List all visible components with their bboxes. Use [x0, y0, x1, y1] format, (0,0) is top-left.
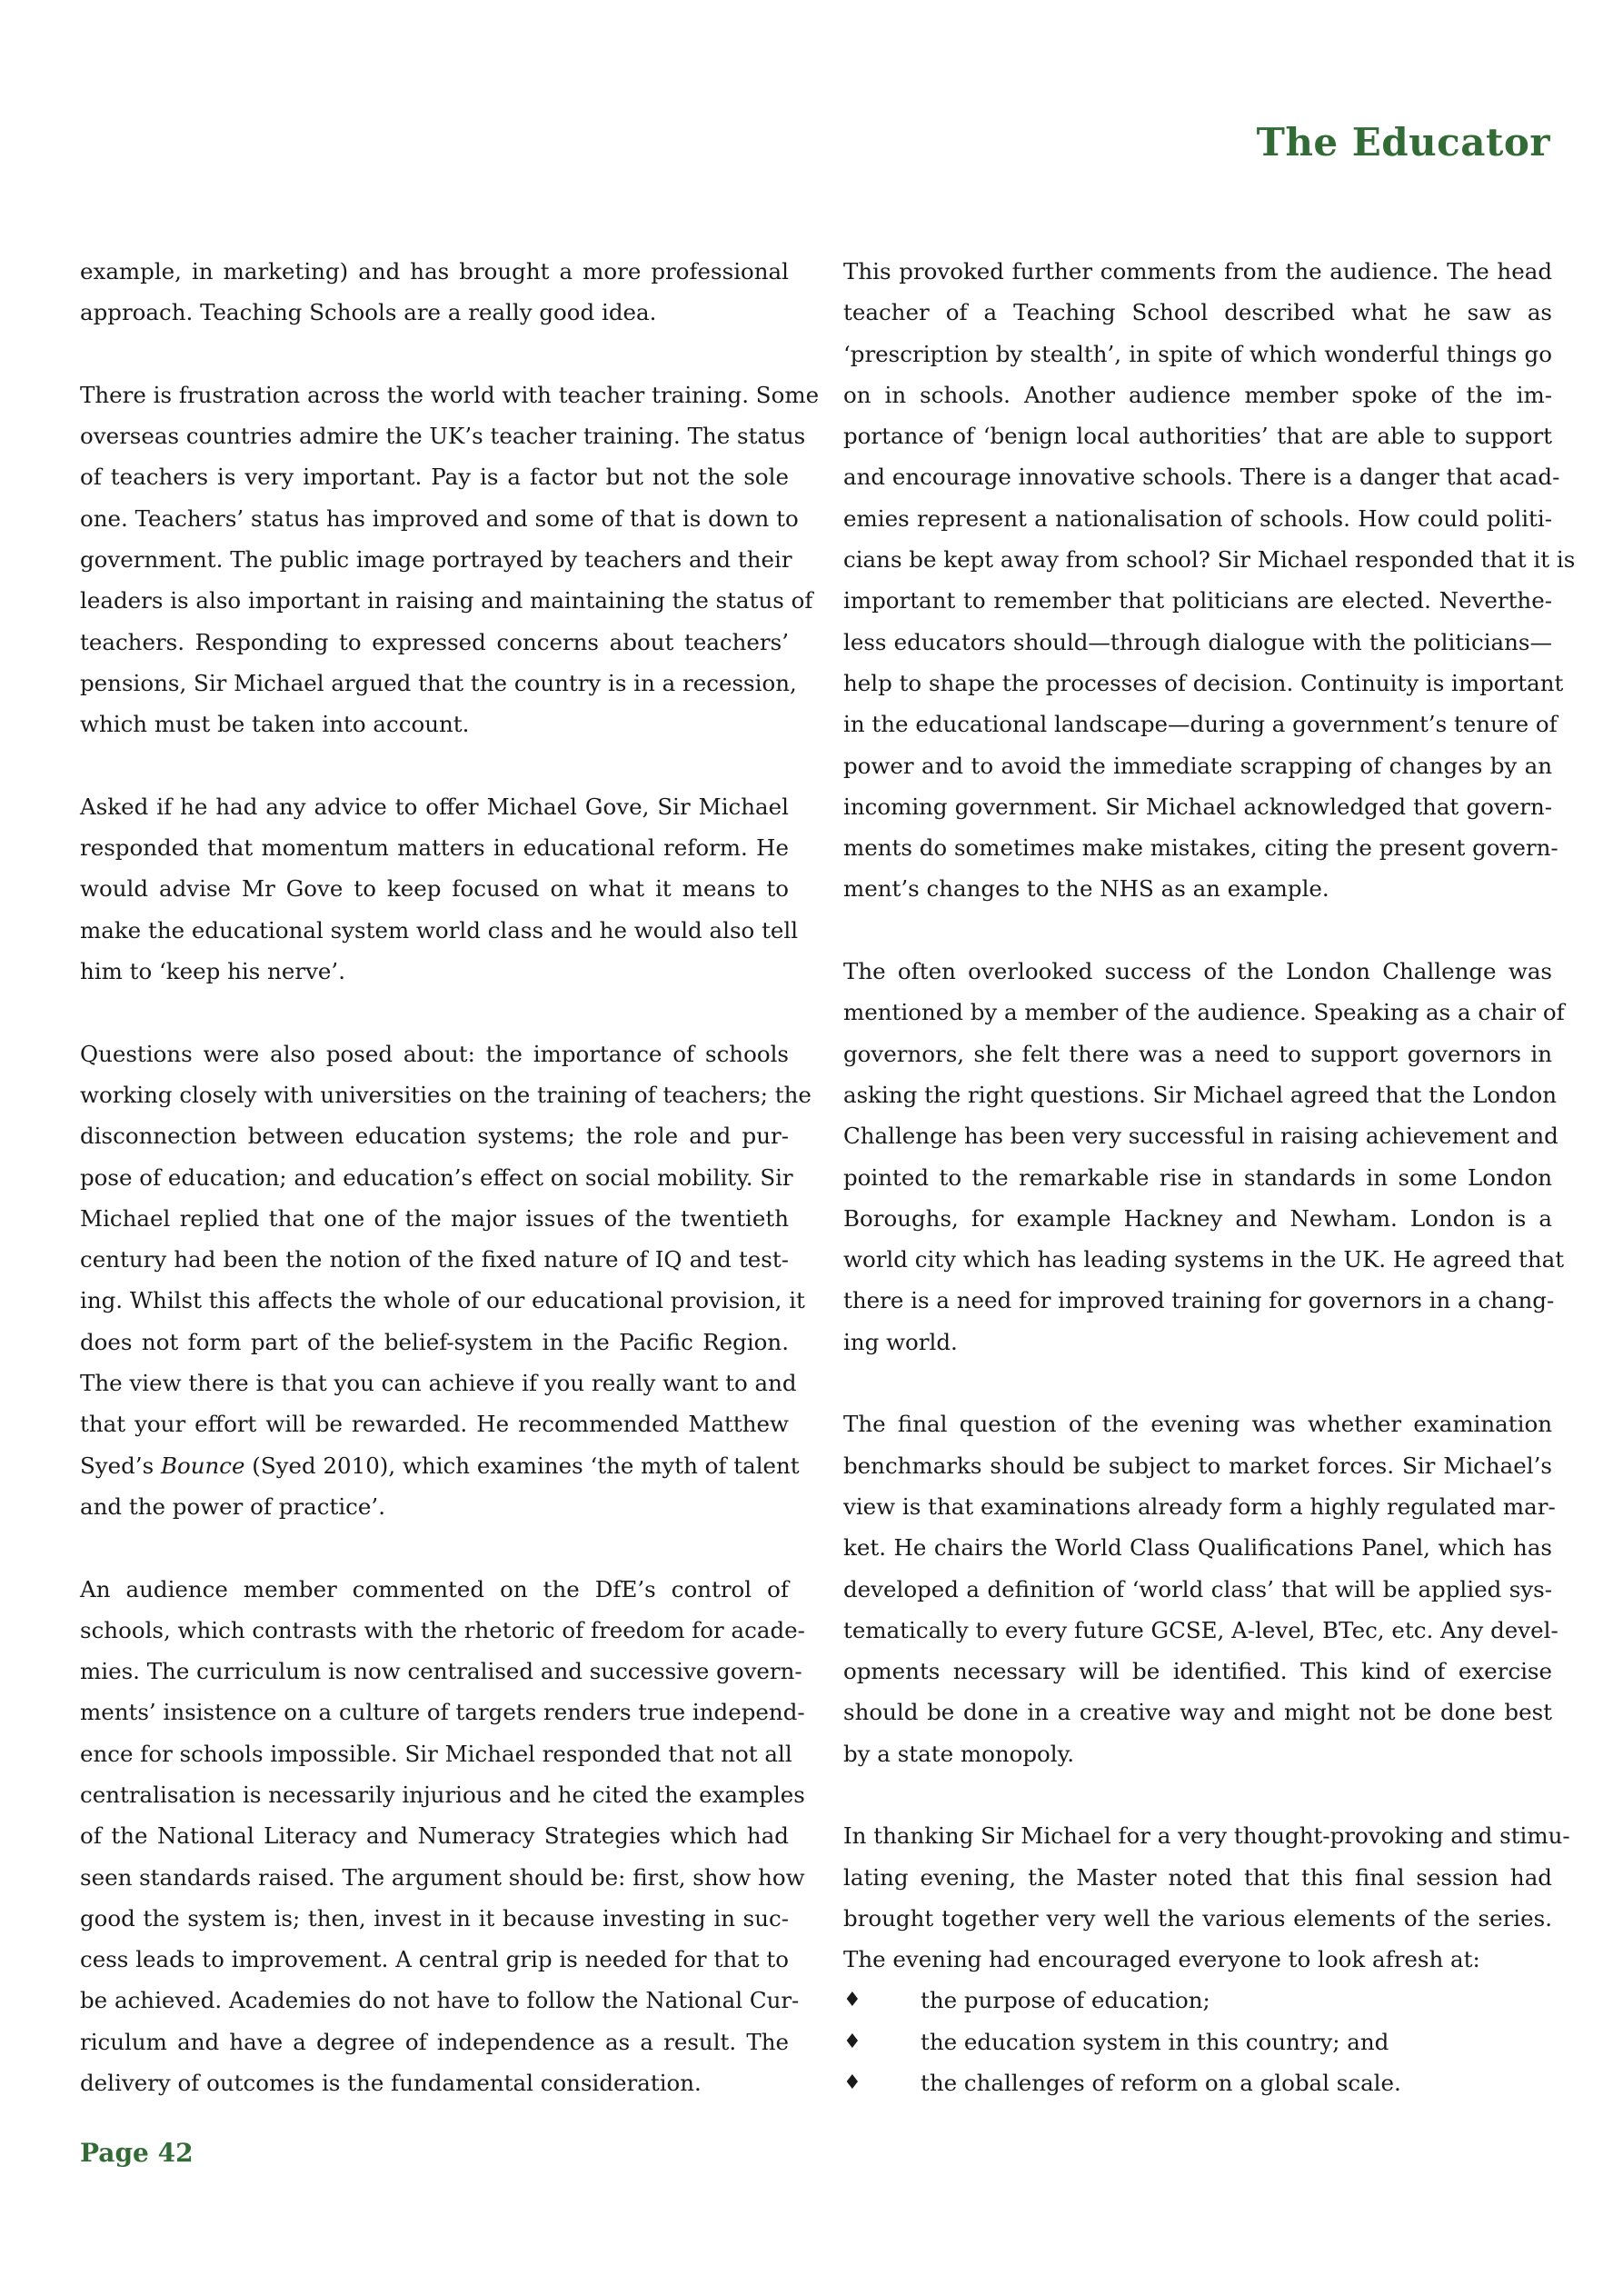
text-line: which must be taken into account.: [80, 704, 789, 744]
paragraph-gap: [843, 1774, 1552, 1815]
paragraph-gap: [80, 745, 789, 786]
paragraph-gap: [843, 1363, 1552, 1403]
text-segment: Syed’s: [80, 1452, 161, 1479]
text-line: century had been the notion of the fixed…: [80, 1239, 789, 1280]
text-line: of the National Literacy and Numeracy St…: [80, 1815, 789, 1856]
text-line: In thanking Sir Michael for a very thoug…: [843, 1815, 1552, 1856]
text-line: pensions, Sir Michael argued that the co…: [80, 663, 789, 704]
text-line: power and to avoid the immediate scrappi…: [843, 745, 1552, 786]
text-line: government. The public image portrayed b…: [80, 539, 789, 580]
paragraph-gap: [843, 910, 1552, 951]
publication-title: The Educator: [1257, 120, 1550, 165]
text-line: This provoked further comments from the …: [843, 251, 1552, 292]
text-line: Challenge has been very successful in ra…: [843, 1115, 1552, 1156]
text-line: There is frustration across the world wi…: [80, 374, 789, 415]
text-line: ‘prescription by stealth’, in spite of w…: [843, 334, 1552, 374]
text-line: that your effort will be rewarded. He re…: [80, 1403, 789, 1444]
text-line: schools, which contrasts with the rhetor…: [80, 1610, 789, 1651]
text-line: mies. The curriculum is now centralised …: [80, 1651, 789, 1692]
text-line: be achieved. Academies do not have to fo…: [80, 1980, 789, 2021]
diamond-bullet-icon: ♦: [843, 2062, 921, 2103]
bullet-list: ♦the purpose of education;♦the education…: [843, 1980, 1552, 2103]
text-line: benchmarks should be subject to market f…: [843, 1445, 1552, 1486]
text-line: asking the right questions. Sir Michael …: [843, 1074, 1552, 1115]
text-line: one. Teachers’ status has improved and s…: [80, 498, 789, 539]
text-line: ments’ insistence on a culture of target…: [80, 1692, 789, 1732]
text-line: Questions were also posed about: the imp…: [80, 1033, 789, 1074]
text-line: cess leads to improvement. A central gri…: [80, 1939, 789, 1980]
text-line: centralisation is necessarily injurious …: [80, 1774, 789, 1815]
text-line: lating evening, the Master noted that th…: [843, 1857, 1552, 1898]
text-line: important to remember that politicians a…: [843, 580, 1552, 621]
text-line: ments do sometimes make mistakes, citing…: [843, 827, 1552, 868]
text-line: developed a definition of ‘world class’ …: [843, 1569, 1552, 1610]
bullet-item: ♦the challenges of reform on a global sc…: [843, 2062, 1552, 2103]
text-line: The evening had encouraged everyone to l…: [843, 1939, 1552, 1980]
text-line: incoming government. Sir Michael acknowl…: [843, 786, 1552, 827]
text-line: delivery of outcomes is the fundamental …: [80, 2062, 789, 2103]
text-line: less educators should—through dialogue w…: [843, 622, 1552, 663]
text-line: seen standards raised. The argument shou…: [80, 1857, 789, 1898]
text-line: in the educational landscape—during a go…: [843, 704, 1552, 744]
text-line: opments necessary will be identified. Th…: [843, 1651, 1552, 1692]
text-line: make the educational system world class …: [80, 910, 789, 951]
paragraph-gap: [80, 1527, 789, 1568]
text-line: The final question of the evening was wh…: [843, 1403, 1552, 1444]
text-line: pose of education; and education’s effec…: [80, 1157, 789, 1198]
page-number: Page 42: [80, 2138, 194, 2168]
text-line: of teachers is very important. Pay is a …: [80, 456, 789, 497]
text-line: working closely with universities on the…: [80, 1074, 789, 1115]
text-segment: (Syed 2010), which examines ‘the myth of…: [245, 1452, 800, 1479]
bullet-text: the challenges of reform on a global sca…: [921, 2062, 1401, 2103]
text-line: responded that momentum matters in educa…: [80, 827, 789, 868]
text-line: pointed to the remarkable rise in standa…: [843, 1157, 1552, 1198]
text-line: riculum and have a degree of independenc…: [80, 2021, 789, 2062]
paragraph-gap: [80, 992, 789, 1033]
text-line: An audience member commented on the DfE’…: [80, 1569, 789, 1610]
diamond-bullet-icon: ♦: [843, 2021, 921, 2062]
text-line: The view there is that you can achieve i…: [80, 1363, 789, 1403]
bullet-text: the education system in this country; an…: [921, 2021, 1389, 2062]
text-line: portance of ‘benign local authorities’ t…: [843, 415, 1552, 456]
bullet-item: ♦the purpose of education;: [843, 1980, 1552, 2021]
text-line: approach. Teaching Schools are a really …: [80, 292, 789, 333]
text-line: emies represent a nationalisation of sch…: [843, 498, 1552, 539]
text-line: brought together very well the various e…: [843, 1898, 1552, 1939]
right-column-paragraphs: This provoked further comments from the …: [843, 251, 1552, 1980]
text-line: Michael replied that one of the major is…: [80, 1198, 789, 1239]
text-line: Boroughs, for example Hackney and Newham…: [843, 1198, 1552, 1239]
text-line: Syed’s Bounce (Syed 2010), which examine…: [80, 1445, 789, 1486]
text-line: by a state monopoly.: [843, 1733, 1552, 1774]
text-line: overseas countries admire the UK’s teach…: [80, 415, 789, 456]
text-line: there is a need for improved training fo…: [843, 1280, 1552, 1321]
text-line: ing world.: [843, 1322, 1552, 1363]
text-line: world city which has leading systems in …: [843, 1239, 1552, 1280]
text-line: and encourage innovative schools. There …: [843, 456, 1552, 497]
text-line: ket. He chairs the World Class Qualifica…: [843, 1527, 1552, 1568]
diamond-bullet-icon: ♦: [843, 1980, 921, 2021]
bullet-item: ♦the education system in this country; a…: [843, 2021, 1552, 2062]
paragraph-gap: [80, 334, 789, 374]
text-line: cians be kept away from school? Sir Mich…: [843, 539, 1552, 580]
text-line: tematically to every future GCSE, A-leve…: [843, 1610, 1552, 1651]
text-line: would advise Mr Gove to keep focused on …: [80, 868, 789, 909]
book-title: Bounce: [161, 1452, 245, 1479]
text-line: him to ‘keep his nerve’.: [80, 951, 789, 992]
text-line: does not form part of the belief-system …: [80, 1322, 789, 1363]
text-line: good the system is; then, invest in it b…: [80, 1898, 789, 1939]
left-text-column: example, in marketing) and has brought a…: [80, 251, 789, 2103]
right-text-column: This provoked further comments from the …: [843, 251, 1552, 2103]
text-line: The often overlooked success of the Lond…: [843, 951, 1552, 992]
text-line: leaders is also important in raising and…: [80, 580, 789, 621]
text-line: ence for schools impossible. Sir Michael…: [80, 1733, 789, 1774]
text-line: ing. Whilst this affects the whole of ou…: [80, 1280, 789, 1321]
text-line: view is that examinations already form a…: [843, 1486, 1552, 1527]
text-line: Asked if he had any advice to offer Mich…: [80, 786, 789, 827]
text-line: and the power of practice’.: [80, 1486, 789, 1527]
text-line: on in schools. Another audience member s…: [843, 374, 1552, 415]
text-line: teachers. Responding to expressed concer…: [80, 622, 789, 663]
text-line: example, in marketing) and has brought a…: [80, 251, 789, 292]
text-line: ment’s changes to the NHS as an example.: [843, 868, 1552, 909]
text-line: governors, she felt there was a need to …: [843, 1033, 1552, 1074]
bullet-text: the purpose of education;: [921, 1980, 1210, 2021]
text-line: should be done in a creative way and mig…: [843, 1692, 1552, 1732]
text-line: disconnection between education systems;…: [80, 1115, 789, 1156]
text-line: mentioned by a member of the audience. S…: [843, 992, 1552, 1033]
text-line: help to shape the processes of decision.…: [843, 663, 1552, 704]
text-line: teacher of a Teaching School described w…: [843, 292, 1552, 333]
